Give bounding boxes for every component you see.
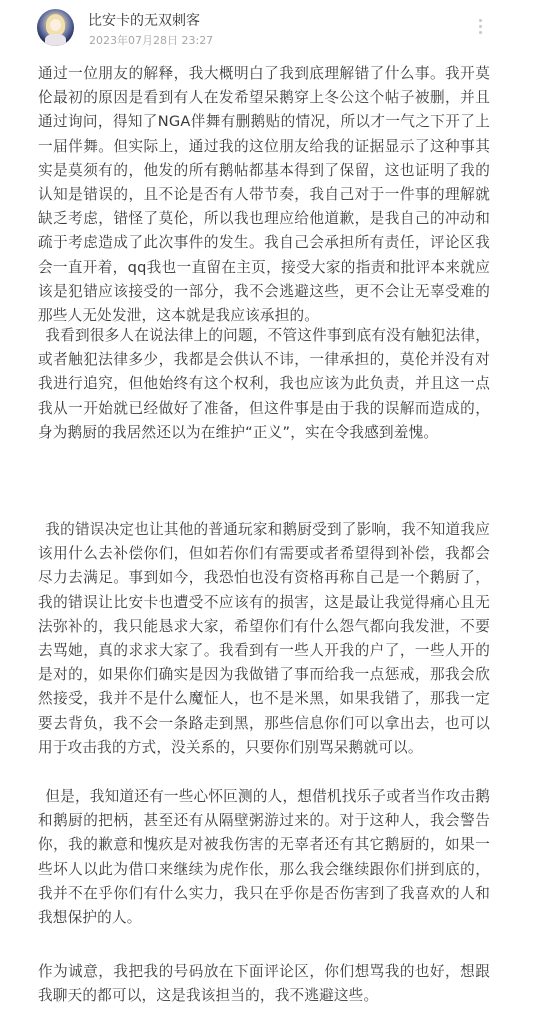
author-name[interactable]: 比安卡的无双刺客	[88, 10, 200, 30]
post-paragraph: 但是，我知道还有一些心怀叵测的人，想借机找乐子或者当作攻击鹅和鹅厨的把柄，甚至还…	[38, 785, 490, 930]
dot	[479, 19, 482, 22]
dot	[479, 25, 482, 28]
post-header: 比安卡的无双刺客 2023年07月28日 23:27	[0, 0, 557, 56]
avatar-face-shape	[50, 19, 61, 31]
post-timestamp: 2023年07月28日 23:27	[89, 32, 213, 48]
post-paragraph: 我看到很多人在说法律上的问题，不管这件事到底有没有触犯法律，或者触犯法律多少，我…	[38, 324, 490, 445]
dot	[479, 31, 482, 34]
post-paragraph: 通过一位朋友的解释，我大概明白了我到底理解错了什么事。我开莫伦最初的原因是看到有…	[38, 62, 490, 328]
avatar-body-shape	[45, 34, 66, 46]
post-paragraph: 作为诚意，我把我的号码放在下面评论区，你们想骂我的也好，想跟我聊天的都可以，这是…	[38, 960, 490, 1008]
avatar[interactable]	[37, 9, 74, 46]
post-paragraph: 我的错误决定也让其他的普通玩家和鹅厨受到了影响，我不知道我应该用什么去补偿你们，…	[38, 518, 490, 760]
more-vertical-icon[interactable]	[474, 14, 486, 38]
